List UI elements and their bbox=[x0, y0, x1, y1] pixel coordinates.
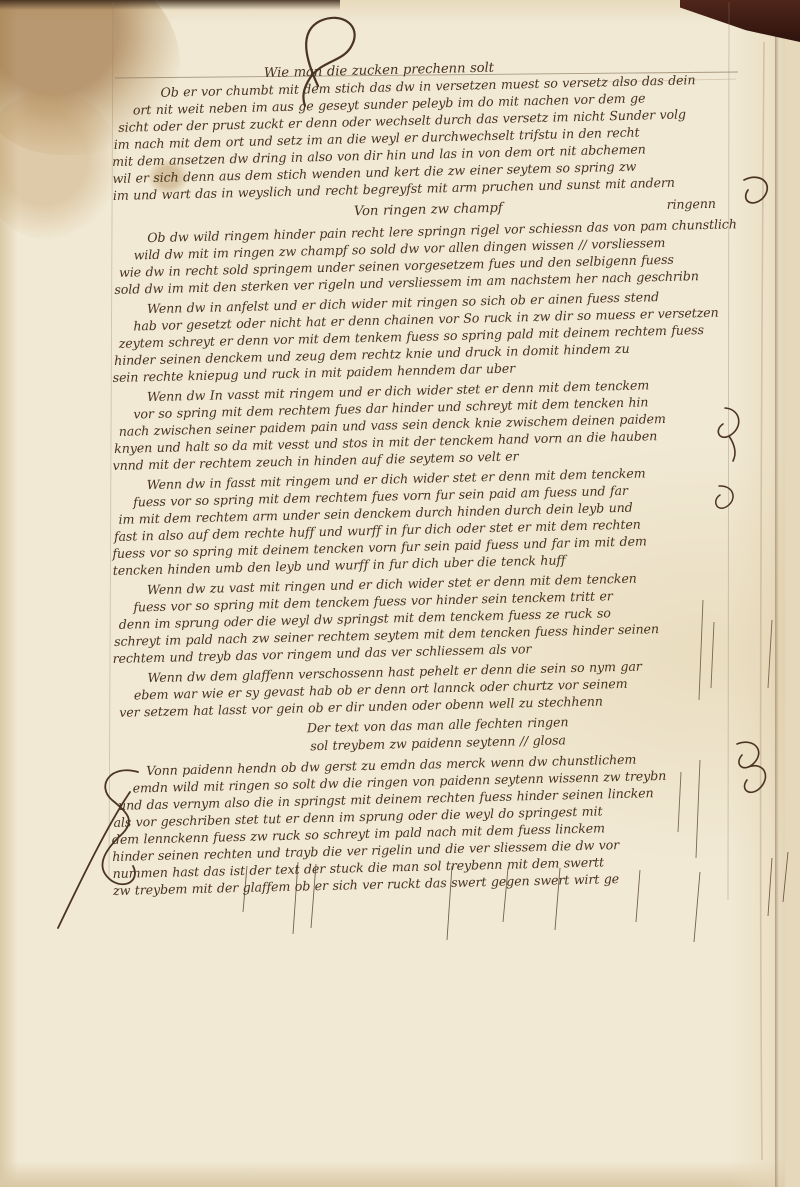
page-edge-right bbox=[775, 0, 800, 1187]
manuscript-page: Wie man die zucken prechenn solt Ob er v… bbox=[0, 0, 800, 1187]
stain-top-left-halo bbox=[0, 90, 120, 240]
catchword-ringen: ringenn bbox=[666, 193, 716, 215]
verse-ringen-zu-kampf: Ob dw wild ringem hinder pain recht lere… bbox=[111, 215, 764, 298]
manuscript-photo: Wie man die zucken prechenn solt Ob er v… bbox=[0, 0, 800, 1187]
paragraph-ringen-1: Wenn dw in anfelst und er dich wider mit… bbox=[111, 286, 765, 386]
text-block: Wie man die zucken prechenn solt Ob er v… bbox=[112, 64, 764, 902]
paragraph-zucken-gloss: Ob er vor chumbt mit dem stich das dw in… bbox=[110, 70, 765, 204]
paragraph-ringen-2: Wenn dw In vasst mit ringem und er dich … bbox=[111, 374, 765, 474]
paragraph-ringen-3: Wenn dw in fasst mit ringem und er dich … bbox=[111, 462, 765, 579]
paragraph-ringen-4: Wenn dw zu vast mit ringen und er dich w… bbox=[111, 567, 765, 667]
section-heading-ringen-zu-kampf: Von ringen zw champf bbox=[354, 198, 503, 222]
binding-corner-top-right bbox=[680, 0, 800, 42]
page-edge-top bbox=[0, 0, 340, 10]
paragraph-paiden-henden: Vonn paidenn hendn ob dw gerst zu emdn d… bbox=[110, 748, 765, 899]
